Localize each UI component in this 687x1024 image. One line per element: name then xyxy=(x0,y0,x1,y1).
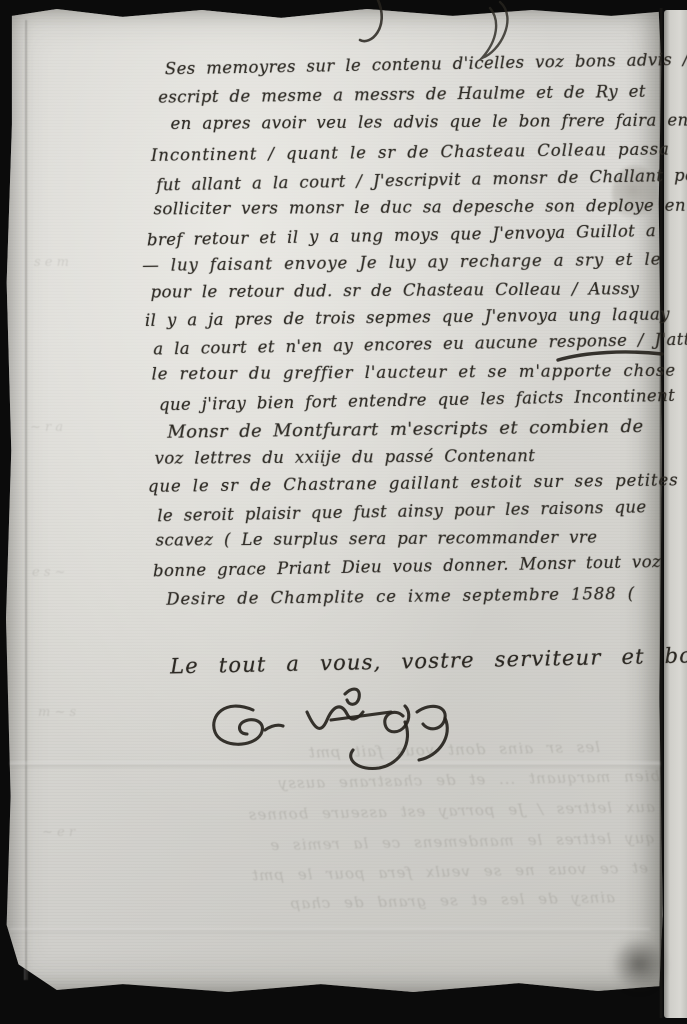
manuscript-line: solliciter vers monsr le duc sa depesche… xyxy=(154,196,687,219)
manuscript-line: Monsr de Montfurart m'escripts et combie… xyxy=(167,416,643,443)
manuscript-photo: Ses memoyres sur le contenu d'icelles vo… xyxy=(0,0,687,1024)
manuscript-line: — luy faisant envoye Je luy ay recharge … xyxy=(142,250,661,275)
manuscript-line: fut allant a la court / J'escripvit a mo… xyxy=(156,165,687,194)
margin-fragment: s e m xyxy=(34,255,69,270)
margin-fragment: ~ r a xyxy=(30,420,63,435)
manuscript-line: bref retour et il y a ung moys que J'env… xyxy=(147,221,656,249)
manuscript-line: il y a ja pres de trois sepmes que J'env… xyxy=(145,305,670,330)
margin-fragment: ~ e r xyxy=(42,825,75,840)
manuscript-line: Ses memoyres sur le contenu d'icelles vo… xyxy=(165,49,687,78)
manuscript-line: scavez ( Le surplus sera par recommander… xyxy=(156,528,598,550)
manuscript-line: pour le retour dud. sr de Chasteau Colle… xyxy=(151,279,640,301)
manuscript-line: escript de mesme a messrs de Haulme et d… xyxy=(158,82,646,107)
manuscript-line: bonne grace Priant Dieu vous donner. Mon… xyxy=(153,552,661,580)
manuscript-line: que le sr de Chastrane gaillant estoit s… xyxy=(148,469,687,495)
signature-flourish xyxy=(195,672,495,782)
margin-fragment: e s ~ xyxy=(32,565,66,580)
manuscript-line: voz lettres du xxiije du passé Contenant xyxy=(155,446,536,468)
margin-fragment: m ~ s xyxy=(38,705,76,720)
manuscript-line-dateline: Desire de Champlite ce ixme septembre 15… xyxy=(166,584,635,609)
manuscript-line: Incontinent / quant le sr de Chasteau Co… xyxy=(151,140,670,165)
manuscript-line: en apres avoir veu les advis que le bon … xyxy=(170,110,687,133)
manuscript-line: le seroit plaisir que fust ainsy pour le… xyxy=(157,497,647,525)
manuscript-line: que j'iray bien fort entendre que les fa… xyxy=(159,386,675,414)
underline-flourish xyxy=(556,348,666,366)
